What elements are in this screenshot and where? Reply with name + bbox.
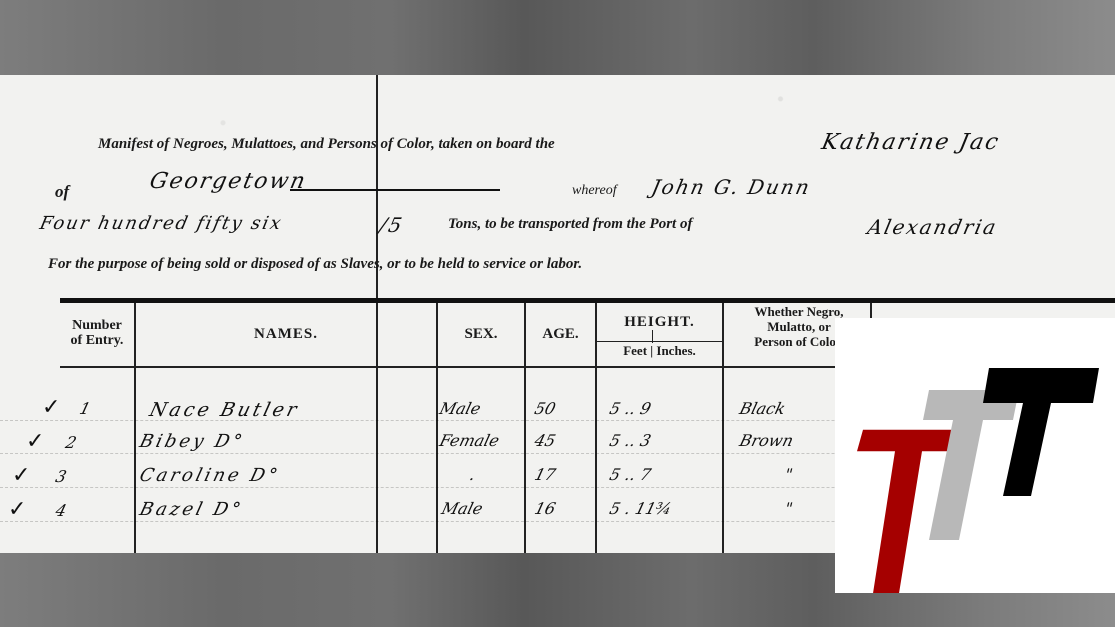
home-port: Georgetown (147, 169, 309, 194)
entry-height: 5 . 11¾ (608, 499, 674, 518)
entry-height: 5 .. 7 (608, 465, 653, 484)
header-names: NAMES. (136, 327, 436, 342)
table-top-rule (60, 298, 1115, 303)
header-sex: SEX. (438, 327, 524, 342)
top-blurred-bar (0, 0, 1115, 75)
col-divider (595, 303, 597, 553)
check-mark-icon: ✓ (26, 429, 44, 454)
entry-age: 16 (533, 499, 558, 518)
entry-sex: Male (438, 399, 483, 418)
manifest-title-printed: Manifest of Negroes, Mulattoes, and Pers… (98, 136, 555, 153)
vessel-name: Katharine Jac (819, 130, 1002, 155)
check-mark-icon: ✓ (8, 497, 26, 522)
entry-name: Nace Butler (147, 399, 302, 421)
entry-name: Bibey D° (137, 431, 247, 452)
entry-number: 2 (64, 433, 79, 452)
entry-number: 4 (54, 501, 69, 520)
entry-number: 3 (54, 467, 69, 486)
entry-name: Bazel D° (137, 499, 245, 520)
departure-port: Alexandria (865, 215, 1000, 239)
entry-name: Caroline D° (137, 465, 282, 486)
blank-dashes (290, 189, 500, 191)
header-number-line1: Number (60, 318, 134, 333)
header-number-line2: of Entry. (60, 333, 134, 348)
ttt-logo (835, 318, 1115, 593)
entry-age: 50 (533, 399, 558, 418)
purpose-line: For the purpose of being sold or dispose… (48, 256, 582, 273)
header-age: AGE. (526, 327, 595, 342)
ttt-logo-icon (835, 318, 1115, 593)
entry-age: 45 (533, 431, 558, 450)
entry-color: Brown (738, 431, 796, 450)
entry-color: " (783, 465, 795, 484)
tonnage-fraction: /5 (377, 213, 406, 237)
of-label: of (55, 182, 69, 202)
entry-height: 5 .. 3 (608, 431, 653, 450)
entry-sex: Female (438, 431, 502, 450)
check-mark-icon: ✓ (12, 463, 30, 488)
height-sub-rule (597, 341, 722, 342)
whereof-label: whereof (572, 183, 617, 199)
entry-age: 17 (533, 465, 558, 484)
tonnage-words: Four hundred fifty six (38, 213, 285, 234)
header-height-sub: Feet | Inches. (597, 343, 722, 358)
entry-color: Black (738, 399, 788, 418)
entry-height: 5 .. 9 (608, 399, 653, 418)
check-mark-icon: ✓ (42, 395, 60, 420)
entry-sex: Male (440, 499, 485, 518)
header-height: HEIGHT. (597, 315, 722, 330)
header-number-of-entry: Number of Entry. (60, 318, 134, 348)
feet-inches-divider (652, 330, 653, 343)
entry-color: " (783, 499, 795, 518)
entry-sex: . (468, 465, 478, 484)
header-color-line1: Whether Negro, (724, 304, 874, 319)
entry-number: 1 (78, 399, 93, 418)
tonnage-printed: Tons, to be transported from the Port of (448, 216, 692, 233)
master-name: John G. Dunn (649, 175, 813, 199)
